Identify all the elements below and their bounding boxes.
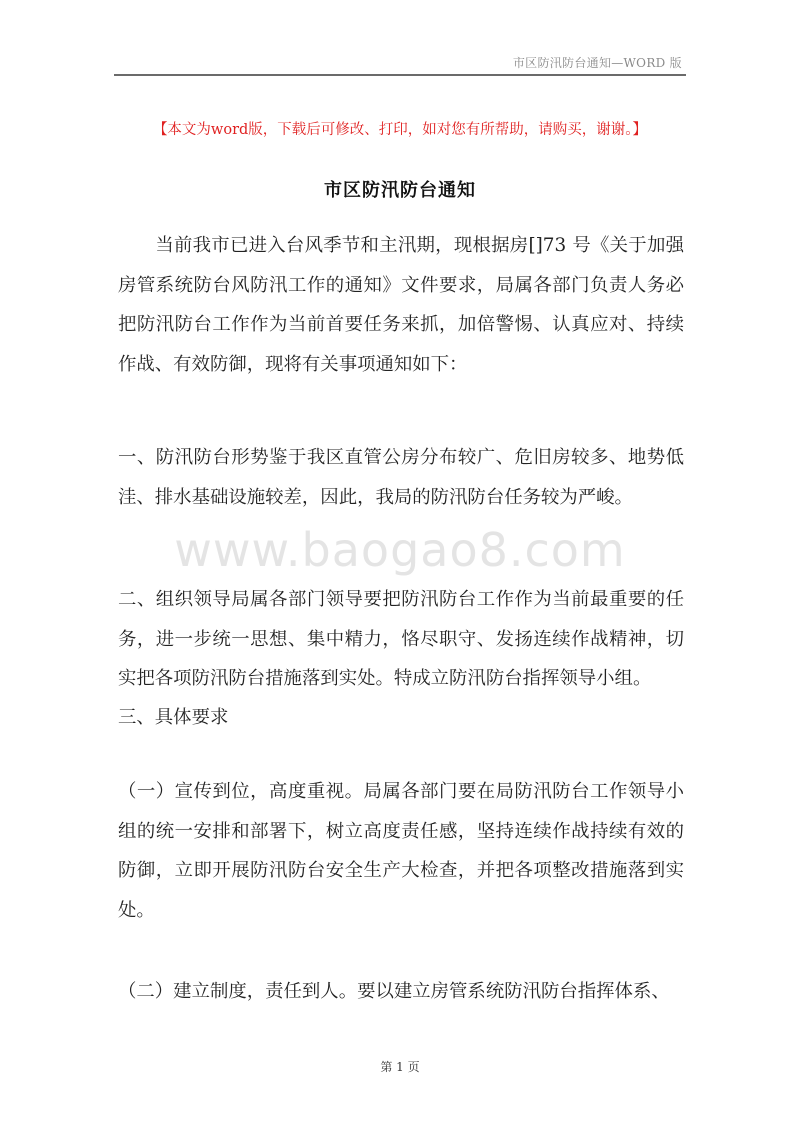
paragraph-intro: 当前我市已进入台风季节和主汛期，现根据房[]73 号《关于加强房管系统防台风防汛… bbox=[118, 226, 684, 384]
paragraph-item-2: （二）建立制度，责任到人。要以建立房管系统防汛防台指挥体系、 bbox=[118, 972, 684, 1012]
paragraph-section-3-heading: 三、具体要求 bbox=[118, 698, 684, 738]
page-number: 第 1 页 bbox=[0, 1058, 800, 1075]
document-title: 市区防汛防台通知 bbox=[0, 176, 800, 202]
purchase-notice: 【本文为word版，下载后可修改、打印，如对您有所帮助，请购买，谢谢。】 bbox=[120, 118, 680, 139]
paragraph-section-2: 二、组织领导局属各部门领导要把防汛防台工作作为当前最重要的任务，进一步统一思想、… bbox=[118, 580, 684, 699]
running-header-title: 市区防汛防台通知—WORD 版 bbox=[513, 54, 682, 71]
watermark: www.baogao8.com bbox=[0, 523, 800, 577]
header-divider bbox=[114, 74, 686, 76]
paragraph-section-1: 一、防汛防台形势鉴于我区直管公房分布较广、危旧房较多、地势低洼、排水基础设施较差… bbox=[118, 438, 684, 517]
paragraph-item-1: （一）宣传到位，高度重视。局属各部门要在局防汛防台工作领导小组的统一安排和部署下… bbox=[118, 772, 684, 930]
